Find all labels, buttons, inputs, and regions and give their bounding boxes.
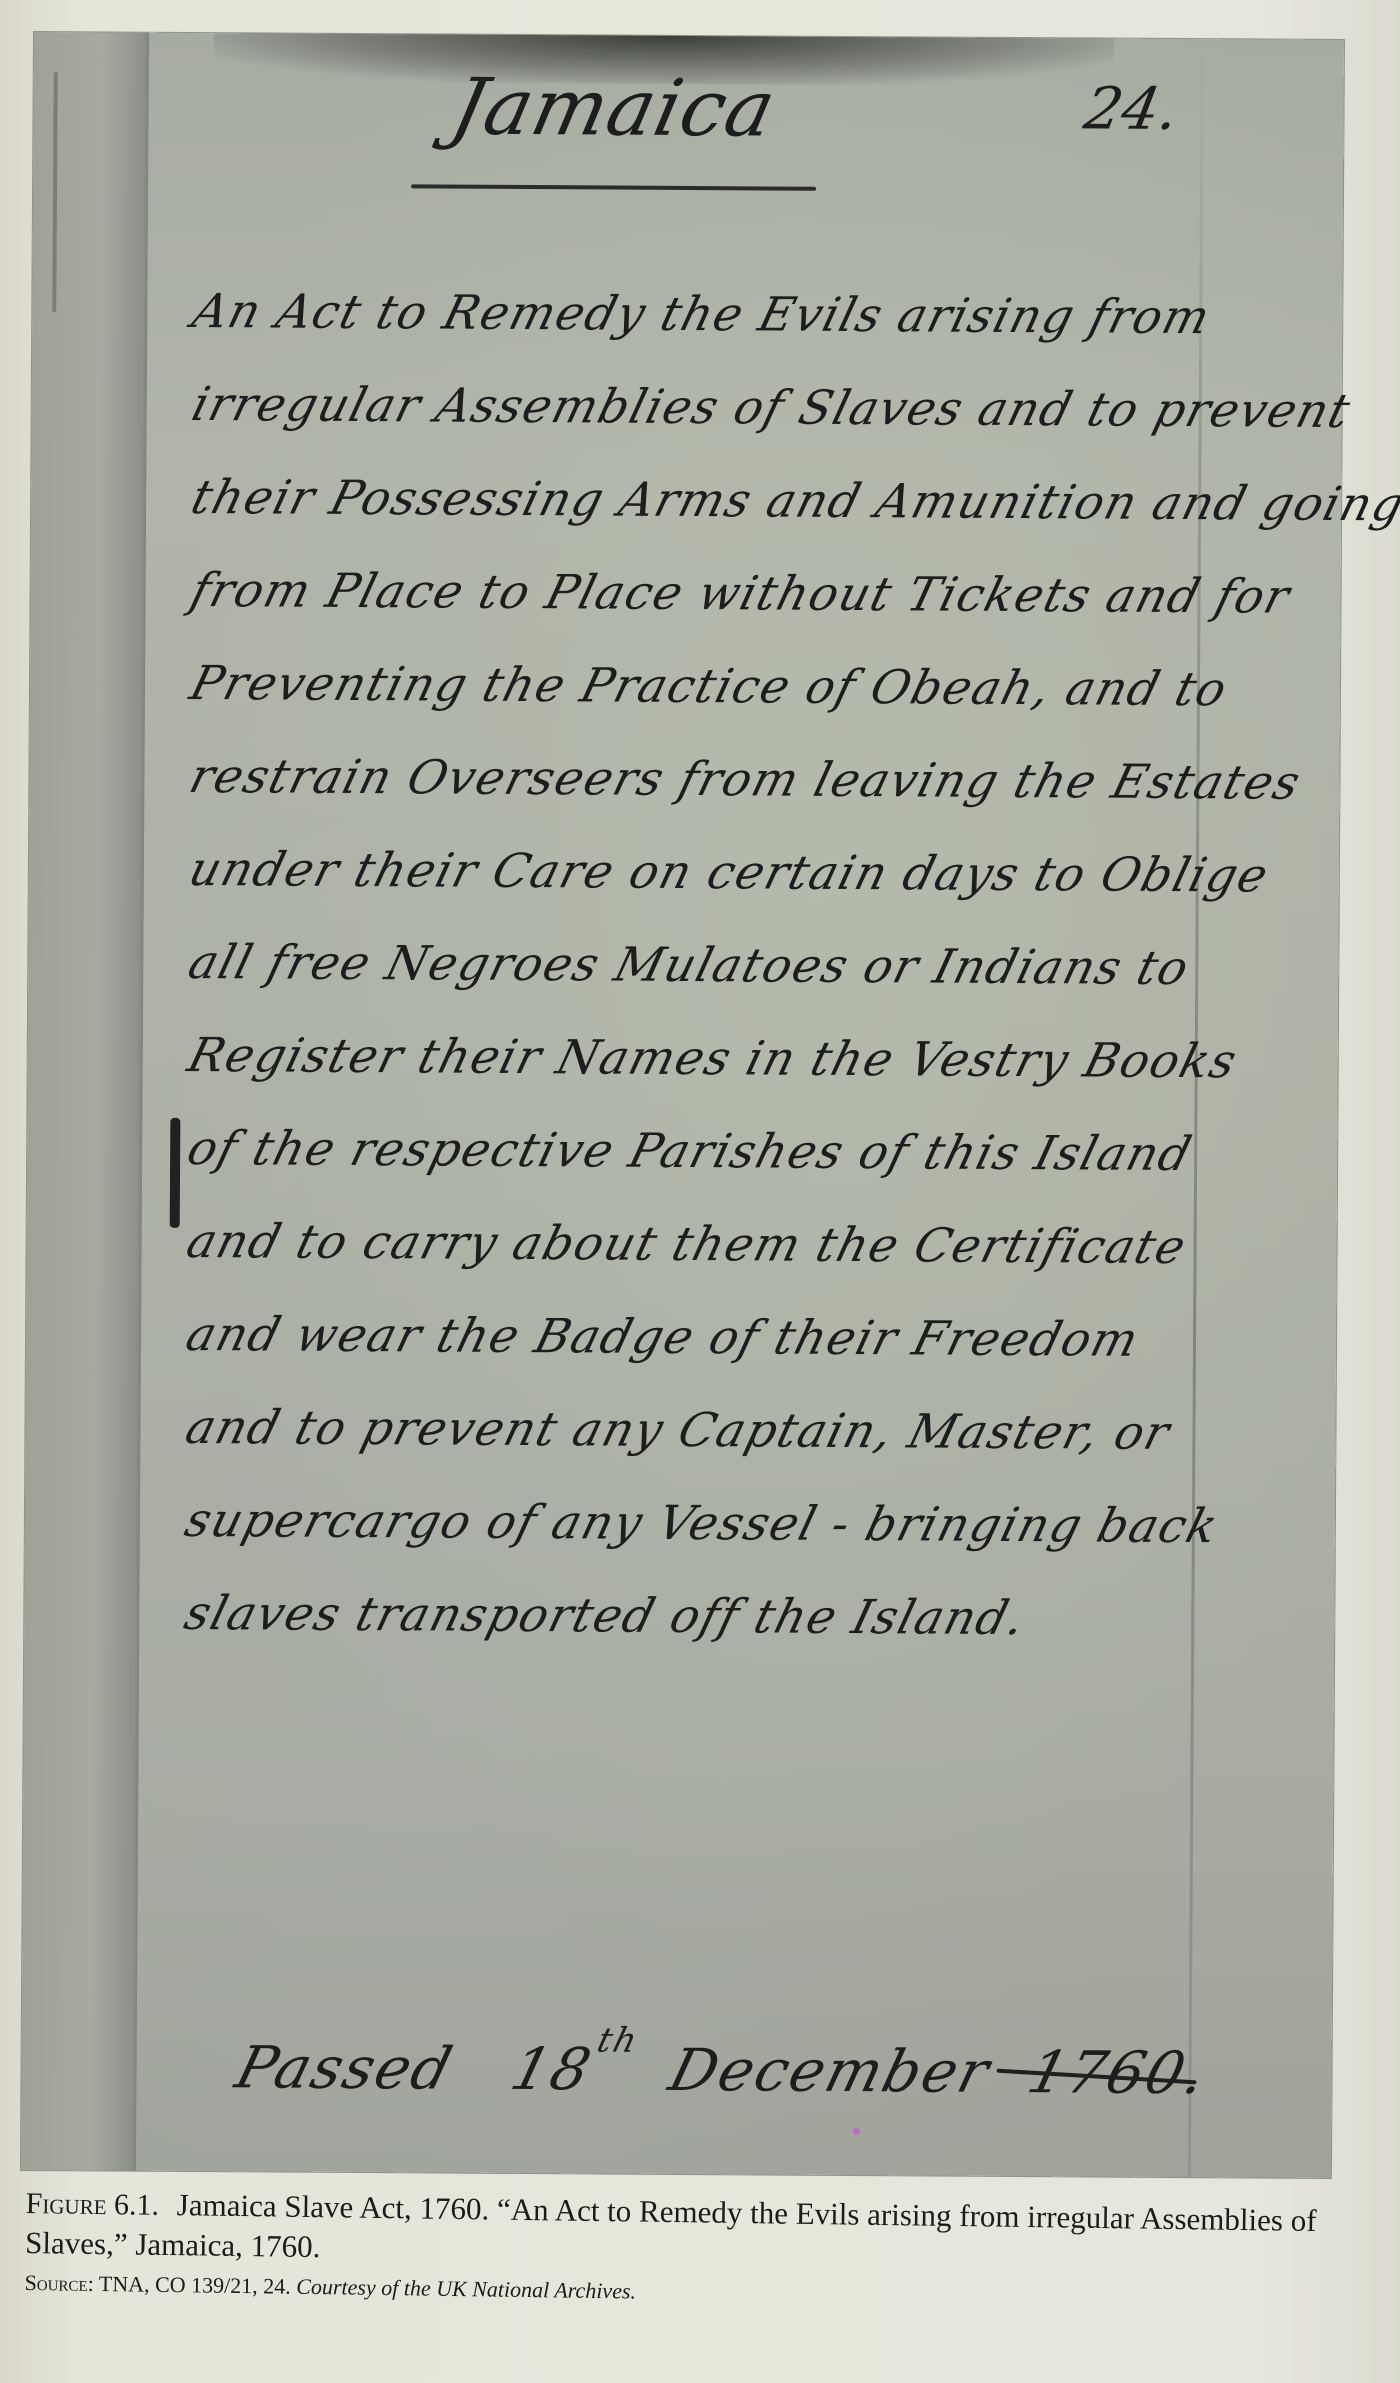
manuscript-line: irregular Assemblies of Slaves and to pr… [181, 358, 1265, 457]
source-reference: TNA, CO 139/21, 24. [99, 2271, 291, 2299]
manuscript-line: under their Care on certain days to Obli… [179, 823, 1263, 922]
passed-date: Passed 18th December 1760. [229, 2018, 1218, 2107]
manuscript-facsimile: Jamaica 24. An Act to Remedy the Evils a… [21, 32, 1344, 2178]
manuscript-heading: Jamaica [444, 63, 784, 155]
manuscript-line: and wear the Badge of their Freedom [176, 1288, 1260, 1387]
figure-caption: Figure 6.1. Jamaica Slave Act, 1760. “An… [24, 2183, 1365, 2315]
source-prefix: Source: [24, 2270, 94, 2296]
stray-mark [853, 2128, 860, 2135]
folio-number: 24. [1079, 74, 1184, 142]
passed-day: 18 [504, 2035, 599, 2103]
passed-month: December [663, 2036, 998, 2106]
manuscript-line: supercargo of any Vessel - bringing back [175, 1474, 1259, 1573]
manuscript-line: of the respective Parishes of this Islan… [177, 1102, 1261, 1201]
manuscript-line: slaves transported off the Island. [174, 1567, 1258, 1666]
manuscript-line: from Place to Place without Tickets and … [180, 544, 1264, 643]
figure-label: Figure 6.1. [25, 2187, 159, 2222]
manuscript-line: Register their Names in the Vestry Books [177, 1009, 1261, 1108]
manuscript-line: and to prevent any Captain, Master, or [175, 1381, 1259, 1480]
manuscript-line: An Act to Remedy the Evils arising from [182, 265, 1266, 364]
act-title-block: An Act to Remedy the Evils arising from … [174, 265, 1243, 1666]
passed-day-suffix: th [593, 2021, 643, 2061]
manuscript-text: Jamaica 24. An Act to Remedy the Evils a… [21, 32, 1344, 2178]
book-page: Jamaica 24. An Act to Remedy the Evils a… [0, 0, 1400, 2383]
caption-text: Figure 6.1. Jamaica Slave Act, 1760. “An… [25, 2183, 1366, 2281]
heading-underline [411, 184, 816, 190]
source-credit: Courtesy of the UK National Archives. [296, 2274, 636, 2304]
manuscript-line: and to carry about them the Certificate [176, 1195, 1260, 1294]
manuscript-line: restrain Overseers from leaving the Esta… [179, 730, 1263, 829]
manuscript-line: their Possessing Arms and Amunition and … [181, 451, 1265, 550]
caption-body: Jamaica Slave Act, 1760. “An Act to Reme… [25, 2187, 1317, 2264]
manuscript-line: Preventing the Practice of Obeah, and to [180, 637, 1264, 736]
manuscript-line: all free Negroes Mulatoes or Indians to [178, 916, 1262, 1015]
passed-word: Passed [229, 2033, 460, 2102]
